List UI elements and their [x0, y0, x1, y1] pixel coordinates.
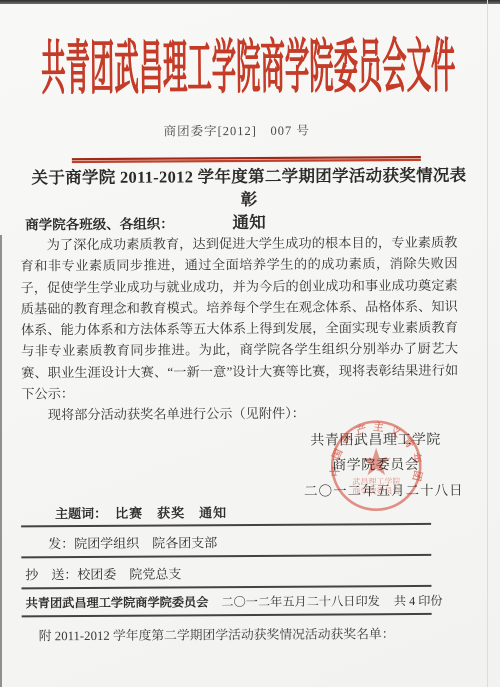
cc-row: 抄 送：校团委 院党总支	[21, 556, 431, 590]
seal-star-icon	[362, 448, 391, 476]
body-text: 为了深化成功素质教育，达到促进大学生成功的根本目的，专业素质教育和非专业素质同步…	[20, 232, 458, 426]
print-date: 二〇一二年五月二十八日印发	[221, 592, 380, 610]
subject-label: 主题词：	[55, 506, 107, 521]
seal-inner-text-line1: 武昌理工学院	[352, 476, 400, 486]
issuer-row: 共青团武昌理工学院商学院委员会 二〇一二年五月二十八日印发 共 4 印份	[21, 587, 431, 618]
scan-edge-top	[0, 0, 500, 4]
document-number: 商团委字[2012] 007 号	[0, 120, 487, 141]
copies-count: 共 4 印份	[394, 592, 443, 609]
body-paragraph-1: 为了深化成功素质教育，达到促进大学生成功的根本目的，专业素质教育和非专业素质同步…	[20, 232, 458, 405]
document-content: 共青团武昌理工学院商学院委员会文件 商团委字[2012] 007 号 关于商学院…	[0, 0, 500, 687]
salutation: 商学院各班级、各组织：	[25, 212, 174, 233]
red-separator-rule	[72, 156, 421, 163]
scan-edge-left	[0, 235, 2, 687]
notice-title-line1: 关于商学院 2011-2012 学年度第二学期团学活动获奖情况表彰	[29, 164, 469, 213]
letterhead-org-title: 共青团武昌理工学院商学院委员会文件	[41, 32, 456, 104]
subject-terms: 比赛 获奖 通知	[115, 505, 227, 521]
letterhead: 共青团武昌理工学院商学院委员会文件	[0, 32, 499, 103]
scan-edge-right	[487, 0, 488, 687]
attachment-note: 附 2011-2012 学年度第二学期团学活动获奖情况活动获奖名单：	[22, 615, 432, 645]
subject-row: 主题词：比赛 获奖 通知	[21, 498, 431, 528]
footer-block: 主题词：比赛 获奖 通知 发：院团学组织 院各团支部 抄 送：校团委 院党总支 …	[21, 498, 432, 645]
distribution-row: 发：院团学组织 院各团支部	[21, 525, 431, 559]
scanned-official-document: 共青团武昌理工学院商学院委员会文件 商团委字[2012] 007 号 关于商学院…	[0, 0, 500, 687]
seal-inner-text-line2: 商学院委员会	[352, 486, 400, 496]
issuer-name: 共青团武昌理工学院商学院委员会	[26, 593, 209, 611]
